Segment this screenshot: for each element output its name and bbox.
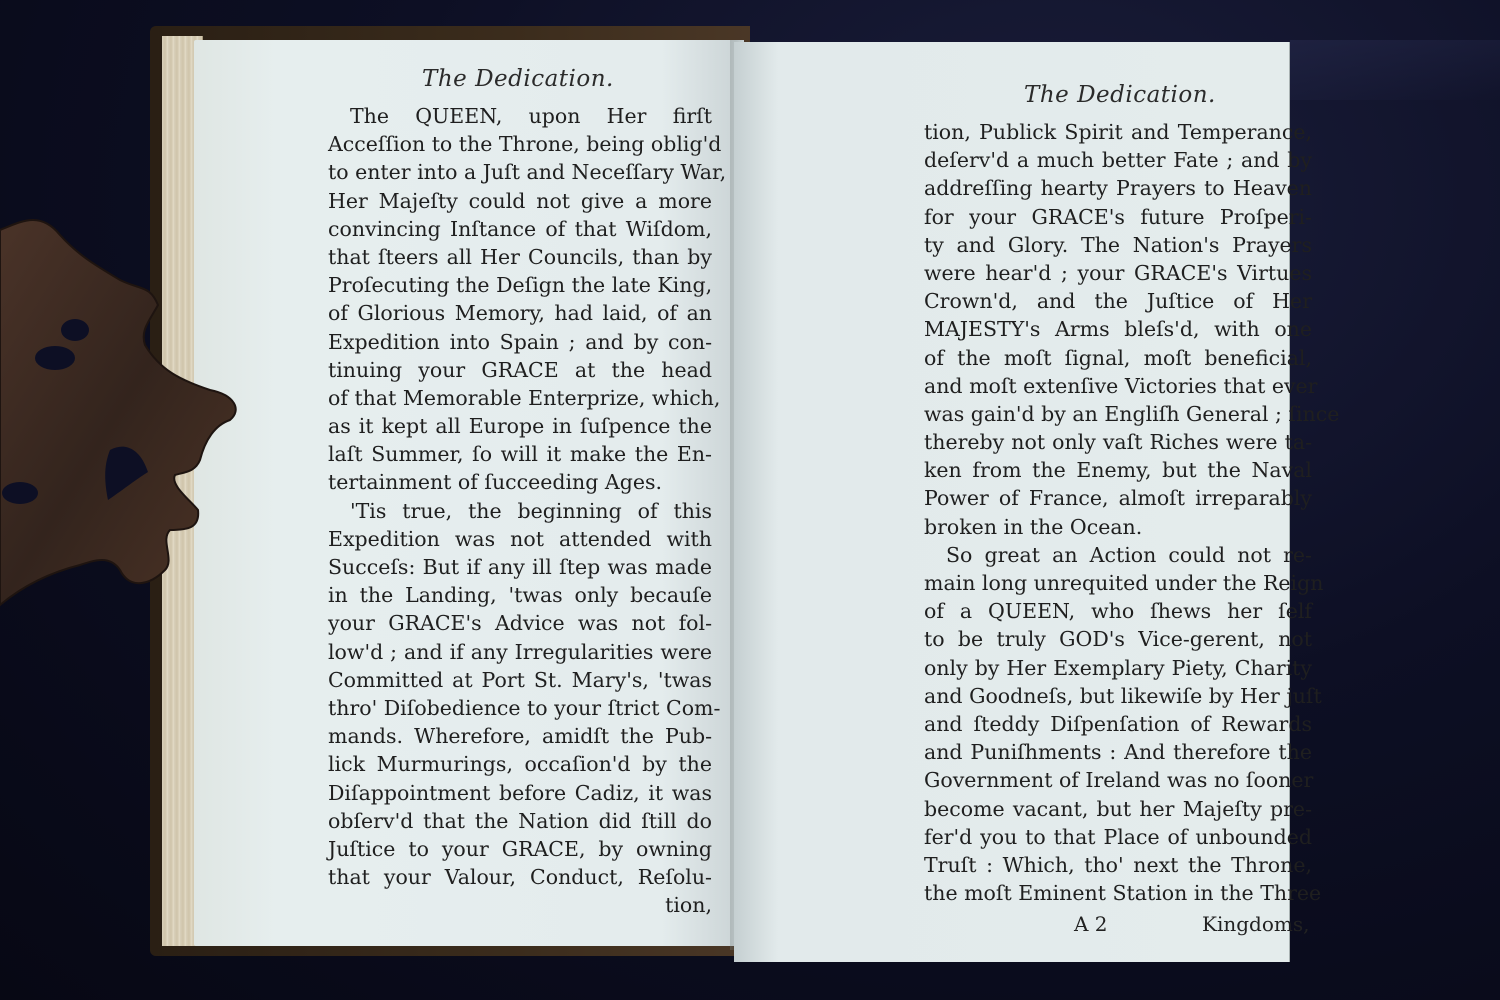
text-line: lick Murmurings, occaſion'd by the (328, 750, 712, 778)
text-line: were hear'd ; your GRACE's Virtues (924, 259, 1312, 287)
text-line: 'Tis true, the beginning of this (328, 497, 712, 525)
text-line: of Glorious Memory, had laid, of an (328, 299, 712, 327)
text-line: of a QUEEN, who ſhews her ſelf (924, 597, 1312, 625)
text-line: Acceſſion to the Throne, being oblig'd (328, 130, 712, 158)
left-page-text: The QUEEN, upon Her firſt Acceſſion to t… (328, 102, 712, 919)
text-line: for your GRACE's future Proſperi- (924, 203, 1312, 231)
text-line: and ſteddy Diſpenſation of Rewards (924, 710, 1312, 738)
text-line: of that Memorable Enterprize, which, (328, 384, 712, 412)
text-line: that your Valour, Conduct, Reſolu- (328, 863, 712, 891)
text-line: low'd ; and if any Irregularities were (328, 638, 712, 666)
catchword-right: Kingdoms, (1202, 912, 1309, 936)
text-line: tion, Publick Spirit and Temperance, (924, 118, 1312, 146)
text-line: thereby not only vaſt Riches were ta- (924, 428, 1312, 456)
text-line: Diſappointment before Cadiz, it was (328, 779, 712, 807)
text-line: that ſteers all Her Councils, than by (328, 243, 712, 271)
text-line: laſt Summer, ſo will it make the En- (328, 440, 712, 468)
text-line: only by Her Exemplary Piety, Charity (924, 654, 1312, 682)
text-line: to enter into a Juſt and Neceſſary War, (328, 158, 712, 186)
running-head-left: The Dedication. (422, 66, 614, 92)
text-line: tinuing your GRACE at the head (328, 356, 712, 384)
text-line: addreſſing hearty Prayers to Heaven (924, 174, 1312, 202)
text-line: fer'd you to that Place of unbounded (924, 823, 1312, 851)
text-line: MAJESTY's Arms bleſs'd, with one (924, 315, 1312, 343)
text-line: and moſt extenſive Victories that ever (924, 372, 1312, 400)
text-line: was gain'd by an Engliſh General ; ſince (924, 400, 1312, 428)
copper-ornament-bookmark (0, 210, 245, 610)
text-line: and Puniſhments : And therefore the (924, 738, 1312, 766)
text-line: Succeſs: But if any ill ſtep was made (328, 553, 712, 581)
text-line: thro' Diſobedience to your ſtrict Com- (328, 694, 712, 722)
catchword-left: tion, (328, 891, 712, 919)
text-line: Power of France, almoſt irreparably (924, 484, 1312, 512)
text-line: Expedition into Spain ; and by con- (328, 328, 712, 356)
text-line: convincing Inſtance of that Wiſdom, (328, 215, 712, 243)
right-page-text: tion, Publick Spirit and Temperance, deſ… (924, 118, 1312, 907)
text-line: Government of Ireland was no ſooner (924, 766, 1312, 794)
text-line: Expedition was not attended with (328, 525, 712, 553)
background-cloth-fold (1290, 40, 1500, 100)
text-line: Crown'd, and the Juſtice of Her (924, 287, 1312, 315)
text-line: mands. Wherefore, amidſt the Pub- (328, 722, 712, 750)
text-line: main long unrequited under the Reign (924, 569, 1312, 597)
text-line: broken in the Ocean. (924, 513, 1312, 541)
signature-mark: A 2 (1074, 912, 1108, 936)
running-head-right: The Dedication. (1024, 82, 1216, 108)
text-line: Committed at Port St. Mary's, 'twas (328, 666, 712, 694)
text-line: of the moſt ſignal, moſt beneficial, (924, 344, 1312, 372)
text-line: in the Landing, 'twas only becauſe (328, 581, 712, 609)
open-book: The Dedication. The QUEEN, upon Her firſ… (150, 26, 1300, 966)
text-line: The QUEEN, upon Her firſt (328, 102, 712, 130)
left-page: The Dedication. The QUEEN, upon Her firſ… (194, 40, 744, 946)
text-line: the moſt Eminent Station in the Three (924, 879, 1312, 907)
text-line: obſerv'd that the Nation did ſtill do (328, 807, 712, 835)
text-line: and Goodneſs, but likewiſe by Her juſt (924, 682, 1312, 710)
right-page: The Dedication. tion, Publick Spirit and… (734, 42, 1290, 962)
text-line: ken from the Enemy, but the Naval (924, 456, 1312, 484)
text-line: Proſecuting the Deſign the late King, (328, 271, 712, 299)
text-line: to be truly GOD's Vice-gerent, not (924, 625, 1312, 653)
text-line: Truſt : Which, tho' next the Throne, (924, 851, 1312, 879)
text-line: deſerv'd a much better Fate ; and by (924, 146, 1312, 174)
text-line: tertainment of ſucceeding Ages. (328, 468, 712, 496)
text-line: as it kept all Europe in ſuſpence the (328, 412, 712, 440)
text-line: So great an Action could not re- (924, 541, 1312, 569)
text-line: Juſtice to your GRACE, by owning (328, 835, 712, 863)
text-line: your GRACE's Advice was not fol- (328, 609, 712, 637)
text-line: ty and Glory. The Nation's Prayers (924, 231, 1312, 259)
text-line: become vacant, but her Majeſty pre- (924, 795, 1312, 823)
text-line: Her Majeſty could not give a more (328, 187, 712, 215)
